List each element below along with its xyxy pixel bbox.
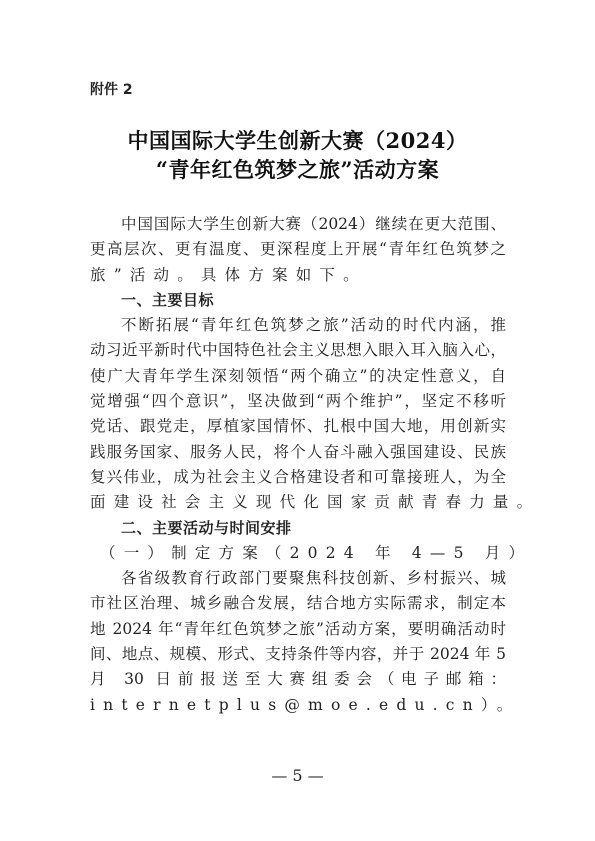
document-body: 中国国际大学生创新大赛（2024）继续在更大范围、 更高层次、更有温度、更深程度… xyxy=(90,212,506,718)
page-title-line-2: “青年红色筑梦之旅”活动方案 xyxy=(0,154,595,184)
paragraph-line: 间、地点、规模、形式、支持条件等内容，并于 2024 年 5 xyxy=(90,642,506,667)
section-heading-goals: 一、主要目标 xyxy=(90,288,506,313)
paragraph-line: 市社区治理、城乡融合发展，结合地方实际需求，制定本 xyxy=(90,591,506,616)
page-number: — 5 — xyxy=(0,766,595,785)
paragraph-line: 月 30 日前报送至大赛组委会（电子邮箱： xyxy=(90,667,506,692)
paragraph-line: 面建设社会主义现代化国家贡献青春力量。 xyxy=(90,490,506,515)
paragraph-line: 践服务国家、服务人民，将个人奋斗融入强国建设、民族 xyxy=(90,440,506,465)
intro-line: 中国国际大学生创新大赛（2024）继续在更大范围、 xyxy=(90,212,506,237)
email-line: internetplus@moe.edu.cn）。 xyxy=(90,693,506,718)
paragraph-line: 地 2024 年“青年红色筑梦之旅”活动方案，要明确活动时 xyxy=(90,617,506,642)
document-page: 附件 2 中国国际大学生创新大赛（2024） “青年红色筑梦之旅”活动方案 中国… xyxy=(0,0,595,841)
paragraph-line: 党话、跟党走，厚植家国情怀、扎根中国大地，用创新实 xyxy=(90,414,506,439)
paragraph-line: 动习近平新时代中国特色社会主义思想入眼入耳入脑入心， xyxy=(90,338,506,363)
intro-line: 旅”活动。具体方案如下。 xyxy=(90,263,506,288)
page-title-line-1: 中国国际大学生创新大赛（2024） xyxy=(0,125,595,155)
paragraph-line: 不断拓展“青年红色筑梦之旅”活动的时代内涵，推 xyxy=(90,313,506,338)
paragraph-line: 各省级教育行政部门要聚焦科技创新、乡村振兴、城 xyxy=(90,566,506,591)
paragraph-line: 觉增强“四个意识”，坚决做到“两个维护”，坚定不移听 xyxy=(90,389,506,414)
section-heading-activities: 二、主要活动与时间安排 xyxy=(90,516,506,541)
paragraph-line: 复兴伟业，成为社会主义合格建设者和可靠接班人，为全 xyxy=(90,465,506,490)
paragraph-line: 使广大青年学生深刻领悟“两个确立”的决定性意义，自 xyxy=(90,364,506,389)
intro-line: 更高层次、更有温度、更深程度上开展“青年红色筑梦之 xyxy=(90,237,506,262)
attachment-label: 附件 2 xyxy=(90,79,133,99)
subsection-heading: （一）制定方案（2024 年 4—5 月） xyxy=(90,541,506,566)
